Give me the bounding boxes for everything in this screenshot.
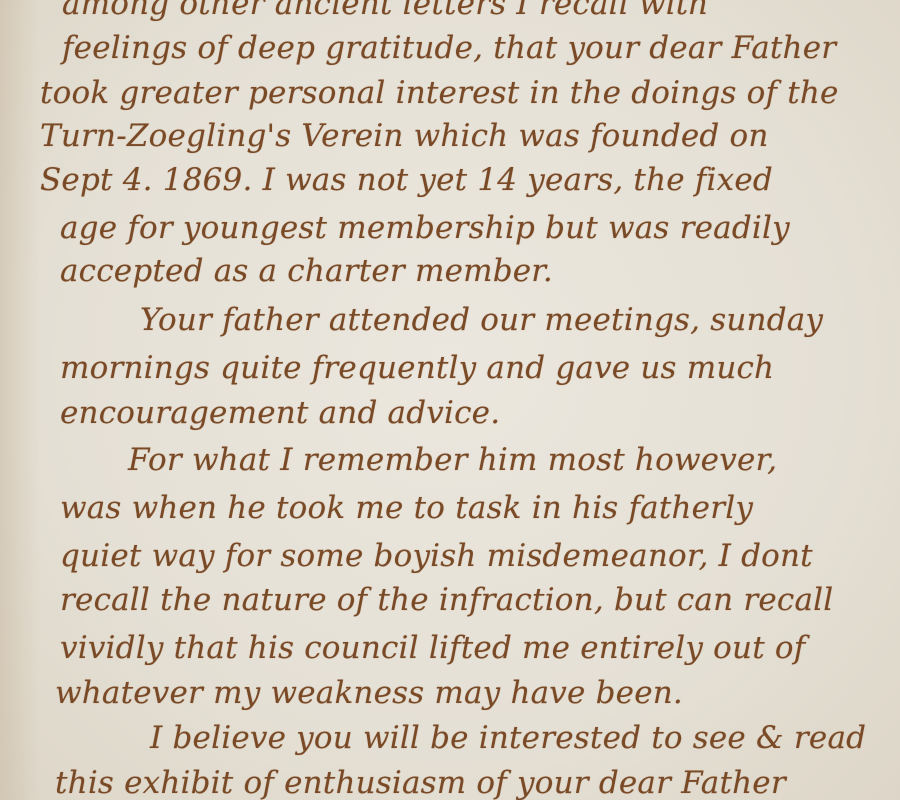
letter-line-8: Your father attended our meetings, sunda…	[140, 302, 823, 338]
letter-line-4: Turn-Zoegling's Verein which was founded…	[40, 118, 769, 154]
letter-line-10: encouragement and advice.	[60, 395, 500, 431]
letter-line-16: whatever my weakness may have been.	[55, 675, 683, 711]
letter-line-9: mornings quite frequently and gave us mu…	[60, 350, 774, 386]
letter-line-13: quiet way for some boyish misdemeanor, I…	[60, 538, 813, 574]
letter-line-6: age for youngest membership but was read…	[60, 210, 790, 246]
letter-line-18: this exhibit of enthusiasm of your dear …	[55, 765, 786, 800]
letter-line-5: Sept 4. 1869. I was not yet 14 years, th…	[40, 162, 773, 198]
letter-page: among other ancient letters I recall wit…	[0, 0, 900, 800]
letter-line-12: was when he took me to task in his fathe…	[60, 490, 753, 526]
letter-line-7: accepted as a charter member.	[60, 253, 553, 289]
letter-line-11: For what I remember him most however,	[128, 442, 777, 478]
letter-line-3: took greater personal interest in the do…	[40, 75, 839, 111]
letter-line-17: I believe you will be interested to see …	[150, 720, 866, 756]
letter-line-15: vividly that his council lifted me entir…	[60, 630, 805, 666]
letter-line-1-partial: among other ancient letters I recall wit…	[62, 0, 709, 22]
letter-line-2: feelings of deep gratitude, that your de…	[62, 30, 836, 66]
letter-line-14: recall the nature of the infraction, but…	[60, 582, 833, 618]
